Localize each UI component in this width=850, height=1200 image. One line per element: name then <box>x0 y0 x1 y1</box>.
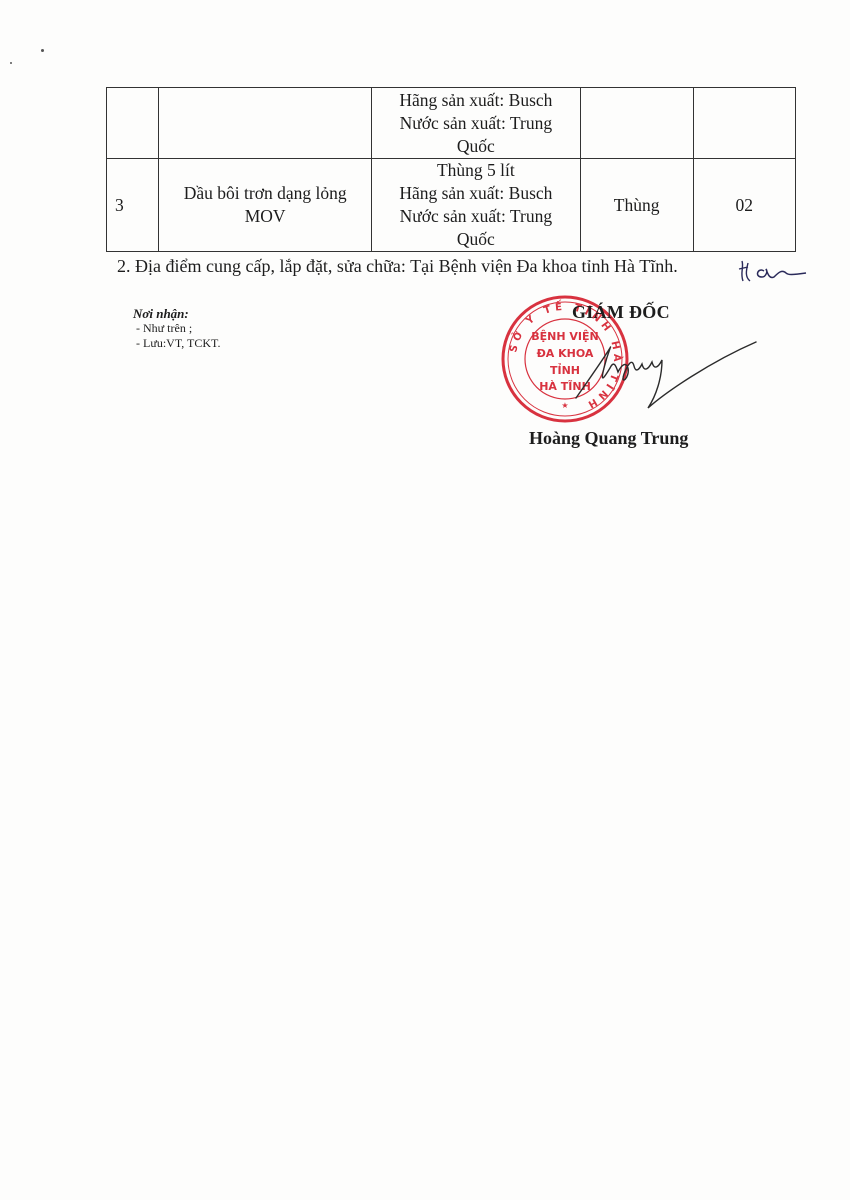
name-line: MOV <box>163 205 367 228</box>
scan-speck <box>41 49 44 52</box>
cell-specification: Hãng sản xuất: Busch Nước sản xuất: Trun… <box>371 88 580 159</box>
cell-unit: Thùng <box>580 159 693 252</box>
name-line: Dầu bôi trơn dạng lỏng <box>163 182 367 205</box>
cell-stt: 3 <box>107 159 159 252</box>
director-name: Hoàng Quang Trung <box>529 428 688 449</box>
spec-line: Hãng sản xuất: Busch <box>376 89 576 112</box>
spec-line: Thùng 5 lít <box>376 159 576 182</box>
cell-item-name <box>159 88 372 159</box>
items-table: Hãng sản xuất: Busch Nước sản xuất: Trun… <box>106 87 796 252</box>
spec-line: Hãng sản xuất: Busch <box>376 182 576 205</box>
table-row: Hãng sản xuất: Busch Nước sản xuất: Trun… <box>107 88 796 159</box>
director-title: GIÁM ĐỐC <box>572 302 670 323</box>
recipient-item: - Như trên ; <box>133 321 221 336</box>
cell-item-name: Dầu bôi trơn dạng lỏng MOV <box>159 159 372 252</box>
cell-specification: Thùng 5 lít Hãng sản xuất: Busch Nước sả… <box>371 159 580 252</box>
handwritten-initial-icon <box>736 255 808 285</box>
spec-line: Nước sản xuất: Trung <box>376 205 576 228</box>
signature-icon <box>570 338 760 418</box>
spec-line: Quốc <box>376 228 576 251</box>
cell-unit <box>580 88 693 159</box>
recipients-block: Nơi nhận: - Như trên ; - Lưu:VT, TCKT. <box>133 306 221 351</box>
scan-speck <box>10 62 12 64</box>
spec-line: Quốc <box>376 135 576 158</box>
spec-line: Nước sản xuất: Trung <box>376 112 576 135</box>
cell-quantity: 02 <box>693 159 795 252</box>
svg-text:★: ★ <box>561 401 568 410</box>
cell-stt <box>107 88 159 159</box>
cell-quantity <box>693 88 795 159</box>
recipients-title: Nơi nhận: <box>133 306 221 321</box>
delivery-location-text: 2. Địa điểm cung cấp, lắp đặt, sửa chữa:… <box>117 256 678 277</box>
table-row: 3 Dầu bôi trơn dạng lỏng MOV Thùng 5 lít… <box>107 159 796 252</box>
recipient-item: - Lưu:VT, TCKT. <box>133 336 221 351</box>
